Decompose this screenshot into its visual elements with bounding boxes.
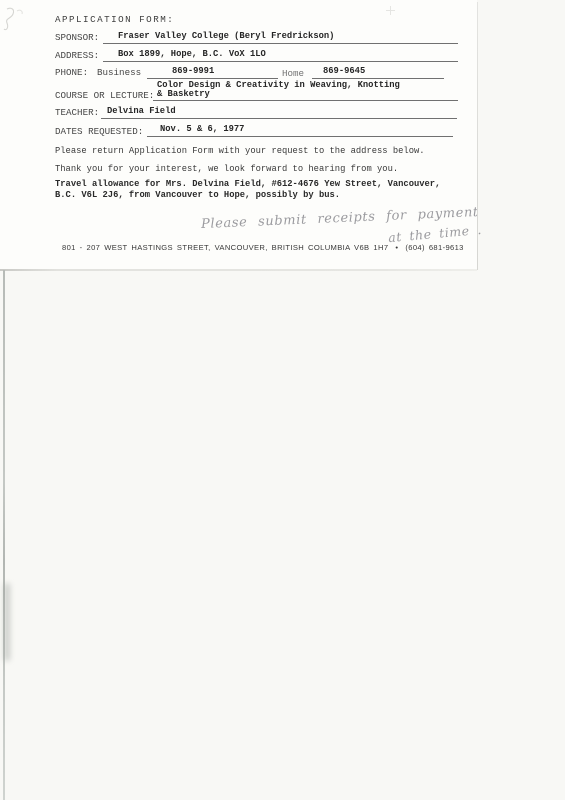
dates-requested-label: DATES REQUESTED: [55,127,143,136]
phone-home-value: 869-9645 [323,67,365,76]
phone-home-label: Home [282,69,304,78]
letterhead-footer: 801 - 207 WEST HASTINGS STREET, VANCOUVE… [62,243,442,252]
travel-allowance-text-line1: Travel allowance for Mrs. Delvina Field,… [55,180,440,189]
phone-business-value: 869-9991 [172,67,214,76]
sponsor-label: SPONSOR: [55,33,99,42]
bullet-separator: • [395,243,398,252]
backing-page-edge-shadow [4,583,10,661]
course-value-line1: Color Design & Creativity in Weaving, Kn… [157,81,400,90]
scanned-document: APPLICATION FORM: SPONSOR: Fraser Valley… [0,0,565,800]
address-underline [103,61,458,62]
travel-allowance-text-line2: B.C. V6L 2J6, from Vancouver to Hope, po… [55,191,340,200]
teacher-underline [101,118,457,119]
letterhead-street-address: 801 - 207 WEST HASTINGS STREET, VANCOUVE… [62,243,388,252]
phone-business-label: Business [97,68,141,77]
sponsor-value: Fraser Valley College (Beryl Fredrickson… [118,32,334,41]
address-label: ADDRESS: [55,51,99,60]
paper-bottom-edge [0,269,477,271]
course-underline [153,100,458,101]
application-letter-sheet: APPLICATION FORM: SPONSOR: Fraser Valley… [0,0,477,270]
dates-requested-value: Nov. 5 & 6, 1977 [160,125,244,134]
registration-plus-mark [386,6,395,15]
address-value: Box 1899, Hope, B.C. VoX 1LO [118,50,266,59]
phone-label: PHONE: [55,68,88,77]
phone-business-underline [147,78,278,79]
thank-you-text: Thank you for your interest, we look for… [55,165,398,174]
teacher-value: Delvina Field [107,107,176,116]
pencil-smudge-artifact [1,5,31,39]
handwritten-note-line2: at the time . [388,222,483,245]
form-title: APPLICATION FORM: [55,15,174,24]
dates-underline [147,136,453,137]
teacher-label: TEACHER: [55,108,99,117]
backing-page-edge-line [3,270,5,800]
course-label: COURSE OR LECTURE: [55,91,154,100]
phone-home-underline [312,78,444,79]
sponsor-underline [103,43,458,44]
paper-right-edge [477,2,478,270]
course-value-line2: & Basketry [157,90,210,99]
letterhead-phone: (604) 681-9613 [405,243,463,252]
return-instruction-text: Please return Application Form with your… [55,147,425,156]
